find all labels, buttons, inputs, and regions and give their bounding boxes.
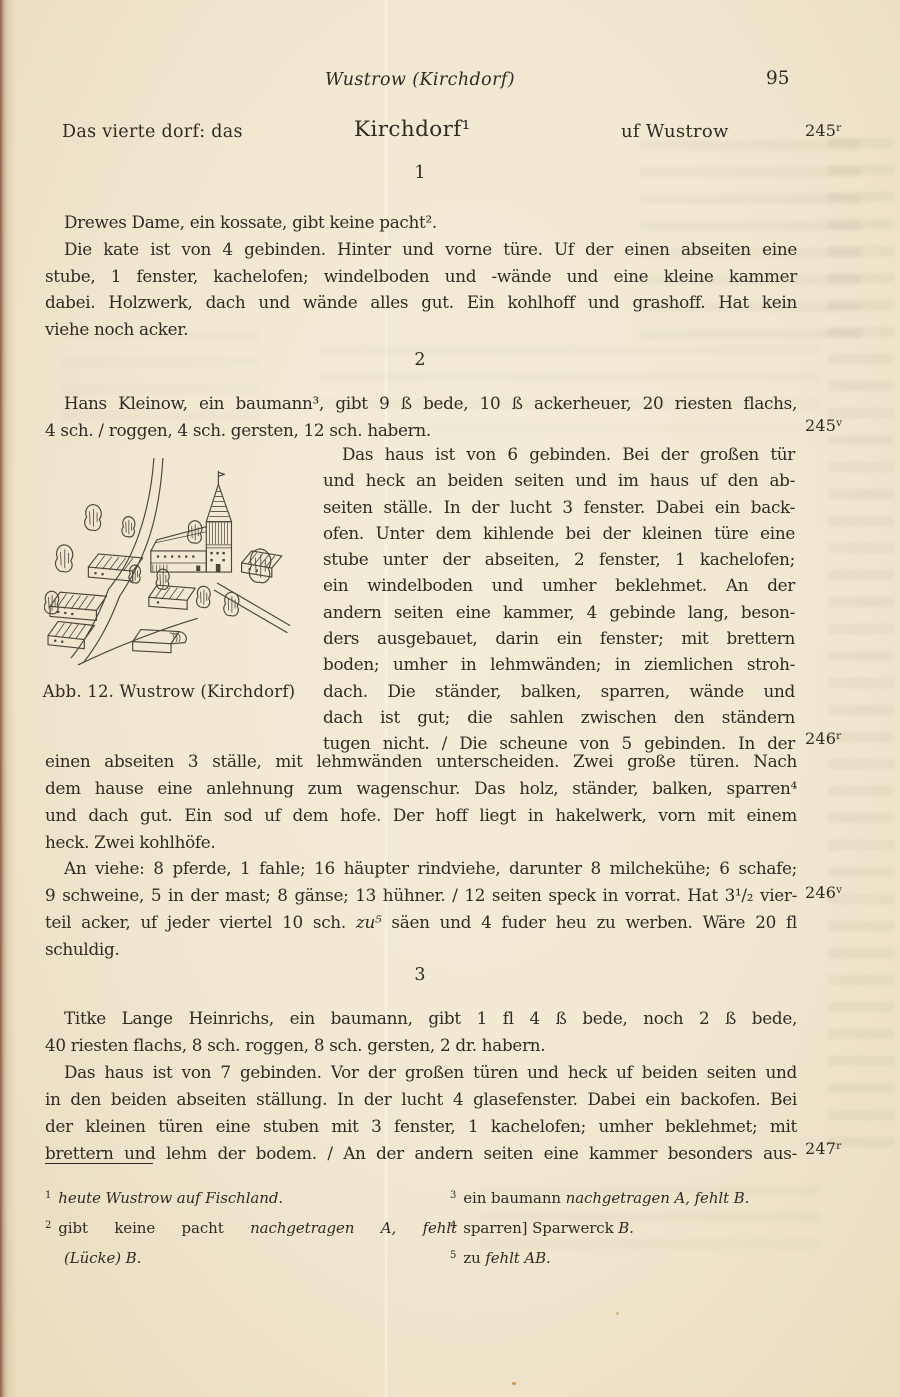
paragraph-6: Titke Lange Heinrichs, ein baumann, gibt…: [45, 1005, 797, 1167]
paragraph-2: Hans Kleinow, ein baumann³, gibt 9 ß bed…: [45, 390, 797, 444]
footnote-rule: [45, 1163, 153, 1164]
figure-caption: Abb. 12. Wustrow (Kirchdorf): [40, 682, 298, 701]
folio-note-246v: 246v: [805, 883, 842, 902]
paper-speck: [512, 1382, 516, 1385]
text-line: Die kate ist von 4 gebinden. Hinter und …: [45, 236, 797, 263]
paragraph-1: Drewes Dame, ein kossate, gibt keine pac…: [45, 209, 797, 343]
text-line: dem hause eine anlehnung zum wagenschur.…: [45, 775, 797, 802]
footnotes-left-column: 1heute Wustrow auf Fischland. 2gibt kein…: [45, 1183, 457, 1273]
bleed-through-right-margin: [828, 138, 894, 1158]
paragraph-3-column: Das haus ist von 6 gebinden. Bei der gro…: [323, 441, 795, 757]
heading-kirchdorf: Kirchdorf¹: [354, 117, 471, 142]
text-line: Titke Lange Heinrichs, ein baumann, gibt…: [45, 1005, 797, 1032]
text-line: seiten ställe. In der lucht 3 fenster. D…: [323, 494, 795, 520]
footnotes-right-column: 3ein baumann nachgetragen A, fehlt B. 4s…: [450, 1183, 795, 1273]
footnote-2-continuation: (Lücke) B.: [45, 1243, 457, 1273]
text-line: 4 sch. / roggen, 4 sch. gersten, 12 sch.…: [45, 417, 797, 444]
paragraph-5: An viehe: 8 pferde, 1 fahle; 16 häupter …: [45, 855, 797, 963]
section-number-3: 3: [45, 965, 795, 985]
text-line: andern seiten eine kammer, 4 gebinde lan…: [323, 599, 795, 625]
page-left-edge-shadow: [0, 0, 16, 1397]
text-line: schuldig.: [45, 936, 797, 963]
folio-note-245r: 245r: [805, 121, 841, 140]
text-line: einen abseiten 3 ställe, mit lehmwänden …: [45, 748, 797, 775]
footnote-3: 3ein baumann nachgetragen A, fehlt B.: [450, 1183, 795, 1213]
heading-uf-wustrow: uf Wustrow: [621, 121, 729, 142]
text-line: teil acker, uf jeder viertel 10 sch. zu⁵…: [45, 909, 797, 936]
text-line: stube, 1 fenster, kachelofen; windelbode…: [45, 263, 797, 290]
text-line: An viehe: 8 pferde, 1 fahle; 16 häupter …: [45, 855, 797, 882]
text-line: stube unter der abseiten, 2 fenster, 1 k…: [323, 546, 795, 572]
book-page: Wustrow (Kirchdorf) 95 Das vierte dorf: …: [0, 0, 900, 1397]
section-number-2: 2: [45, 350, 795, 370]
text-line: brettern und lehm der bodem. / An der an…: [45, 1140, 797, 1167]
village-sketch-figure: [44, 458, 294, 670]
text-line: ein windelboden und umher beklehmet. An …: [323, 572, 795, 598]
running-head: Wustrow (Kirchdorf): [45, 70, 795, 90]
folio-note-246r: 246r: [805, 729, 841, 748]
footnote-4: 4sparren] Sparwerck B.: [450, 1213, 795, 1243]
folio-note-247r: 247r: [805, 1139, 841, 1158]
footnote-5: 5zu fehlt AB.: [450, 1243, 795, 1273]
text-line: in den beiden abseiten ställung. In der …: [45, 1086, 797, 1113]
text-line: Das haus ist von 7 gebinden. Vor der gro…: [45, 1059, 797, 1086]
text-line: 9 schweine, 5 in der mast; 8 gänse; 13 h…: [45, 882, 797, 909]
folio-note-245v: 245v: [805, 416, 842, 435]
text-line: ders ausgebauet, darin ein fenster; mit …: [323, 625, 795, 651]
text-line: 40 riesten flachs, 8 sch. roggen, 8 sch.…: [45, 1032, 797, 1059]
italic-word-zu: zu⁵: [356, 912, 381, 932]
text-line: dach. Die ständer, balken, sparren, wänd…: [323, 678, 795, 704]
page-number: 95: [766, 68, 790, 89]
footnote-1: 1heute Wustrow auf Fischland.: [45, 1183, 457, 1213]
text-line: dach ist gut; die sahlen zwischen den st…: [323, 704, 795, 730]
footnote-2: 2gibt keine pacht nachgetragen A, fehlt: [45, 1213, 457, 1243]
text-line: und dach gut. Ein sod uf dem hofe. Der h…: [45, 802, 797, 829]
text-line: viehe noch acker.: [45, 316, 797, 343]
text-line: Hans Kleinow, ein baumann³, gibt 9 ß bed…: [45, 390, 797, 417]
paper-speck: [616, 1312, 619, 1315]
heading-lead-text: Das vierte dorf: das: [62, 122, 243, 142]
text-line: der kleinen türen eine stuben mit 3 fens…: [45, 1113, 797, 1140]
text-line: Das haus ist von 6 gebinden. Bei der gro…: [323, 441, 795, 467]
text-line: ofen. Unter dem kihlende bei der kleinen…: [323, 520, 795, 546]
text-line: boden; umher in lehmwänden; in ziemliche…: [323, 651, 795, 677]
paragraph-4: einen abseiten 3 ställe, mit lehmwänden …: [45, 748, 797, 856]
text-line: heck. Zwei kohlhöfe.: [45, 829, 797, 856]
text-line: Drewes Dame, ein kossate, gibt keine pac…: [45, 209, 797, 236]
text-line: und heck an beiden seiten und im haus uf…: [323, 467, 795, 493]
text-line: dabei. Holzwerk, dach und wände alles gu…: [45, 289, 797, 316]
section-number-1: 1: [45, 163, 795, 183]
